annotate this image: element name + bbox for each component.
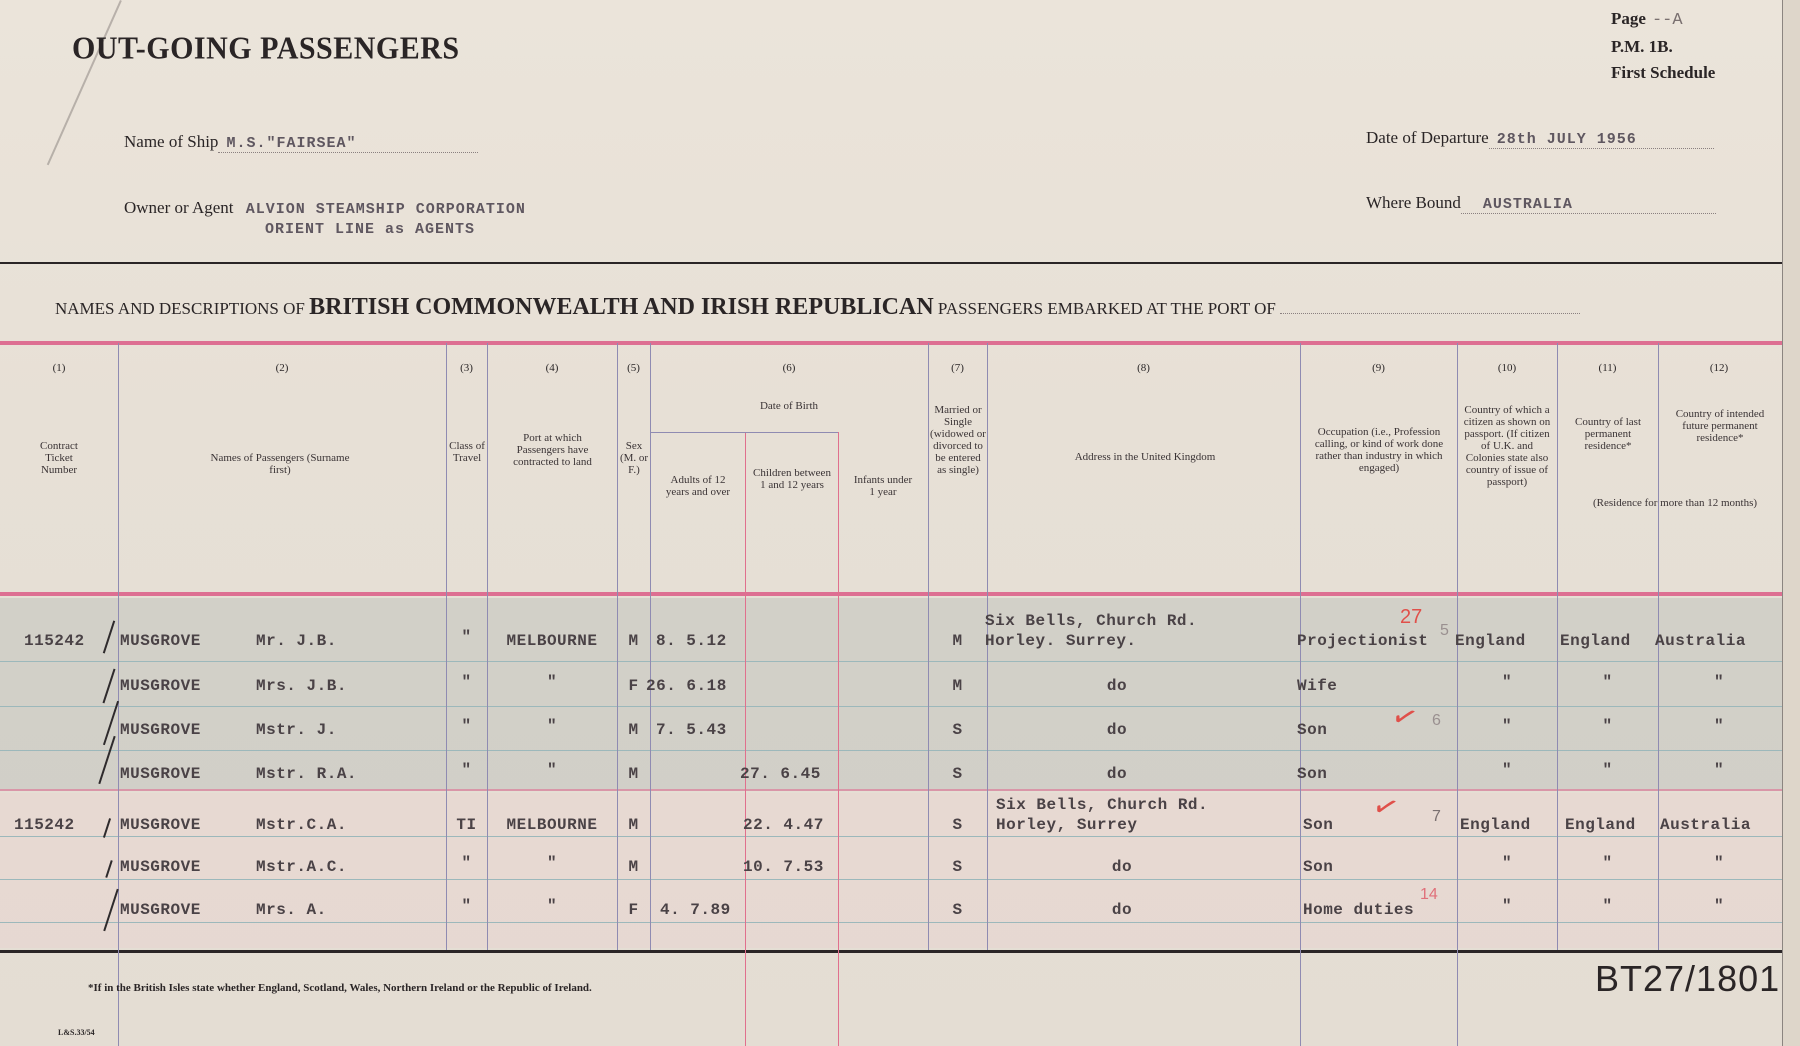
- col-header-names: Names of Passengers (Surname first): [200, 452, 360, 476]
- class-of-travel: ": [446, 897, 487, 915]
- col-header-dob-adults: Adults of 12 years and over: [660, 474, 736, 498]
- port: ": [487, 761, 617, 779]
- last-residence: England: [1560, 632, 1631, 650]
- owner-label: Owner or Agent: [124, 198, 234, 217]
- surname: MUSGROVE: [120, 677, 201, 695]
- port-blank: [1280, 313, 1580, 314]
- marital-status: M: [928, 677, 987, 695]
- given-name: Mrs. A.: [256, 901, 327, 919]
- row-rule: [0, 706, 1782, 707]
- col-header-address: Address in the United Kingdom: [1000, 451, 1290, 463]
- surname: MUSGROVE: [120, 632, 201, 650]
- pencil-annotation: 5: [1440, 622, 1449, 640]
- pencil-annotation: 7: [1432, 808, 1441, 826]
- pencil-annotation: 6: [1432, 712, 1441, 730]
- table-top-rule: [0, 341, 1782, 345]
- last-residence: ": [1557, 761, 1658, 779]
- ticket-number: 115242: [14, 816, 75, 834]
- class-of-travel: ": [446, 628, 487, 646]
- col-num: (6): [650, 362, 928, 374]
- future-residence: ": [1658, 673, 1780, 691]
- departure-value: 28th JULY 1956: [1497, 131, 1637, 148]
- row-rule: [0, 922, 1782, 923]
- ship-name-label: Name of Ship: [124, 132, 218, 151]
- future-residence: ": [1658, 897, 1780, 915]
- citizenship: England: [1455, 632, 1526, 650]
- col-divider: [118, 343, 119, 1046]
- banner-prefix: NAMES AND DESCRIPTIONS OF: [55, 299, 305, 318]
- owner-field: Owner or Agent ALVION STEAMSHIP CORPORAT…: [124, 198, 526, 218]
- ship-name-field: Name of ShipM.S."FAIRSEA": [124, 132, 478, 153]
- surname: MUSGROVE: [120, 816, 201, 834]
- dob-subheader-rule: [650, 432, 838, 433]
- form-code: P.M. 1B.: [1611, 34, 1715, 60]
- col-divider: [838, 432, 839, 1046]
- col-header-class: Class of Travel: [448, 440, 486, 464]
- schedule-label: First Schedule: [1611, 60, 1715, 86]
- last-residence: ": [1557, 717, 1658, 735]
- address-line2: Horley, Surrey: [996, 816, 1137, 834]
- child-dob: 10. 7.53: [743, 858, 824, 876]
- residence-note: (Residence for more than 12 months): [1570, 497, 1780, 509]
- col-num: (1): [0, 362, 118, 374]
- occupation: Projectionist: [1297, 632, 1428, 650]
- given-name: Mstr.C.A.: [256, 816, 347, 834]
- future-residence: Australia: [1655, 632, 1746, 650]
- col-header-ticket: Contract Ticket Number: [28, 440, 90, 476]
- footnote: *If in the British Isles state whether E…: [88, 982, 592, 994]
- address-ditto: do: [987, 677, 1247, 695]
- col-header-last-residence: Country of last permanent residence*: [1567, 416, 1649, 452]
- child-dob: 22. 4.47: [743, 816, 824, 834]
- document-title: OUT-GOING PASSENGERS: [72, 31, 460, 67]
- citizenship: England: [1460, 816, 1531, 834]
- sex: M: [617, 765, 650, 783]
- class-of-travel: ": [446, 761, 487, 779]
- port: ": [487, 717, 617, 735]
- col-header-dob: Date of Birth: [650, 400, 928, 412]
- group-divider-rule: [0, 789, 1782, 791]
- future-residence: ": [1658, 717, 1780, 735]
- col-num: (7): [928, 362, 987, 374]
- col-num: (12): [1658, 362, 1780, 374]
- col-num: (11): [1557, 362, 1658, 374]
- sex: M: [617, 632, 650, 650]
- given-name: Mr. J.B.: [256, 632, 337, 650]
- port: ": [487, 854, 617, 872]
- address-ditto: do: [987, 901, 1257, 919]
- col-header-port: Port at which Passengers have contracted…: [505, 432, 600, 468]
- given-name: Mstr. J.: [256, 721, 337, 739]
- row-rule: [0, 661, 1782, 662]
- address-ditto: do: [987, 858, 1257, 876]
- departure-field: Date of Departure28th JULY 1956: [1366, 128, 1714, 149]
- col-num: (10): [1457, 362, 1557, 374]
- given-name: Mstr. R.A.: [256, 765, 357, 783]
- col-header-future-residence: Country of intended future permanent res…: [1675, 408, 1765, 444]
- col-header-marital: Married or Single (widowed or divorced t…: [930, 404, 986, 476]
- surname: MUSGROVE: [120, 901, 201, 919]
- port: MELBOURNE: [487, 632, 617, 650]
- form-reference: Page--A P.M. 1B. First Schedule: [1611, 6, 1715, 86]
- sex: M: [617, 816, 650, 834]
- archive-reference: BT27/1801: [1595, 958, 1780, 1000]
- last-residence: ": [1557, 673, 1658, 691]
- destination-field: Where BoundAUSTRALIA: [1366, 193, 1716, 214]
- adult-dob: 26. 6.18: [646, 677, 727, 695]
- page-label: Page: [1611, 9, 1646, 28]
- page-number: --A: [1652, 11, 1683, 30]
- future-residence: ": [1658, 761, 1780, 779]
- sex: F: [617, 901, 650, 919]
- last-residence: ": [1557, 854, 1658, 872]
- col-header-occupation: Occupation (i.e., Profession calling, or…: [1302, 426, 1456, 474]
- col-num: (9): [1300, 362, 1457, 374]
- row-rule: [0, 836, 1782, 837]
- marital-status: S: [928, 858, 987, 876]
- destination-label: Where Bound: [1366, 193, 1461, 212]
- address-line2: Horley. Surrey.: [985, 632, 1137, 650]
- departure-label: Date of Departure: [1366, 128, 1489, 147]
- surname: MUSGROVE: [120, 721, 201, 739]
- row-rule: [0, 879, 1782, 880]
- occupation: Son: [1297, 721, 1327, 739]
- address-ditto: do: [987, 765, 1247, 783]
- occupation: Wife: [1297, 677, 1337, 695]
- col-header-citizenship: Country of which a citizen as shown on p…: [1462, 404, 1552, 488]
- occupation: Son: [1303, 858, 1333, 876]
- col-num: (2): [118, 362, 446, 374]
- col-divider: [1457, 343, 1458, 1046]
- col-header-dob-infants: Infants under 1 year: [852, 474, 914, 498]
- banner-bold: BRITISH COMMONWEALTH AND IRISH REPUBLICA…: [309, 294, 934, 320]
- marital-status: S: [928, 765, 987, 783]
- citizenship: ": [1457, 897, 1557, 915]
- col-num: (5): [617, 362, 650, 374]
- occupation: Home duties: [1303, 901, 1414, 919]
- given-name: Mrs. J.B.: [256, 677, 347, 695]
- marital-status: M: [928, 632, 987, 650]
- child-dob: 27. 6.45: [740, 765, 821, 783]
- sex: M: [617, 858, 650, 876]
- class-of-travel: ": [446, 854, 487, 872]
- address-line1: Six Bells, Church Rd.: [996, 796, 1208, 814]
- row-rule: [0, 750, 1782, 751]
- occupation: Son: [1297, 765, 1327, 783]
- banner-suffix: PASSENGERS EMBARKED AT THE PORT OF: [938, 299, 1276, 318]
- col-header-sex: Sex (M. or F.): [619, 440, 649, 476]
- col-num: (8): [987, 362, 1300, 374]
- citizenship: ": [1457, 854, 1557, 872]
- marital-status: S: [928, 901, 987, 919]
- adult-dob: 4. 7.89: [660, 901, 731, 919]
- address-ditto: do: [987, 721, 1247, 739]
- address-line1: Six Bells, Church Rd.: [985, 612, 1197, 630]
- marital-status: S: [928, 721, 987, 739]
- header-bottom-rule: [0, 592, 1782, 596]
- port: MELBOURNE: [487, 816, 617, 834]
- last-residence: England: [1565, 816, 1636, 834]
- citizenship: ": [1457, 761, 1557, 779]
- owner-value-line2: ORIENT LINE as AGENTS: [265, 221, 475, 238]
- adult-dob: 8. 5.12: [656, 632, 727, 650]
- occupation: Son: [1303, 816, 1333, 834]
- future-residence: Australia: [1660, 816, 1751, 834]
- owner-value-line1: ALVION STEAMSHIP CORPORATION: [246, 201, 526, 218]
- future-residence: ": [1658, 854, 1780, 872]
- red-annotation: 27: [1400, 606, 1422, 629]
- ticket-number: 115242: [24, 632, 85, 650]
- page-edge: [1782, 0, 1800, 1046]
- destination-value: AUSTRALIA: [1483, 196, 1573, 213]
- sex: M: [617, 721, 650, 739]
- col-divider: [650, 343, 651, 950]
- surname: MUSGROVE: [120, 765, 201, 783]
- class-of-travel: ": [446, 717, 487, 735]
- owner-field-line2: ORIENT LINE as AGENTS: [257, 218, 475, 238]
- marital-status: S: [928, 816, 987, 834]
- ship-name-value: M.S."FAIRSEA": [226, 135, 356, 152]
- citizenship: ": [1457, 673, 1557, 691]
- red-annotation: 14: [1420, 886, 1438, 904]
- table-banner: NAMES AND DESCRIPTIONS OF BRITISH COMMON…: [55, 294, 1580, 321]
- table-bottom-rule: [0, 950, 1782, 953]
- col-divider: [745, 432, 746, 1046]
- surname: MUSGROVE: [120, 858, 201, 876]
- col-num: (4): [487, 362, 617, 374]
- adult-dob: 7. 5.43: [656, 721, 727, 739]
- citizenship: ": [1457, 717, 1557, 735]
- col-header-dob-children: Children between 1 and 12 years: [752, 467, 832, 491]
- last-residence: ": [1557, 897, 1658, 915]
- given-name: Mstr.A.C.: [256, 858, 347, 876]
- class-of-travel: TI: [446, 816, 487, 834]
- section-divider: [0, 262, 1782, 264]
- col-num: (3): [446, 362, 487, 374]
- class-of-travel: ": [446, 673, 487, 691]
- form-code-footer: L&S.33/54: [58, 1028, 95, 1037]
- port: ": [487, 897, 617, 915]
- port: ": [487, 673, 617, 691]
